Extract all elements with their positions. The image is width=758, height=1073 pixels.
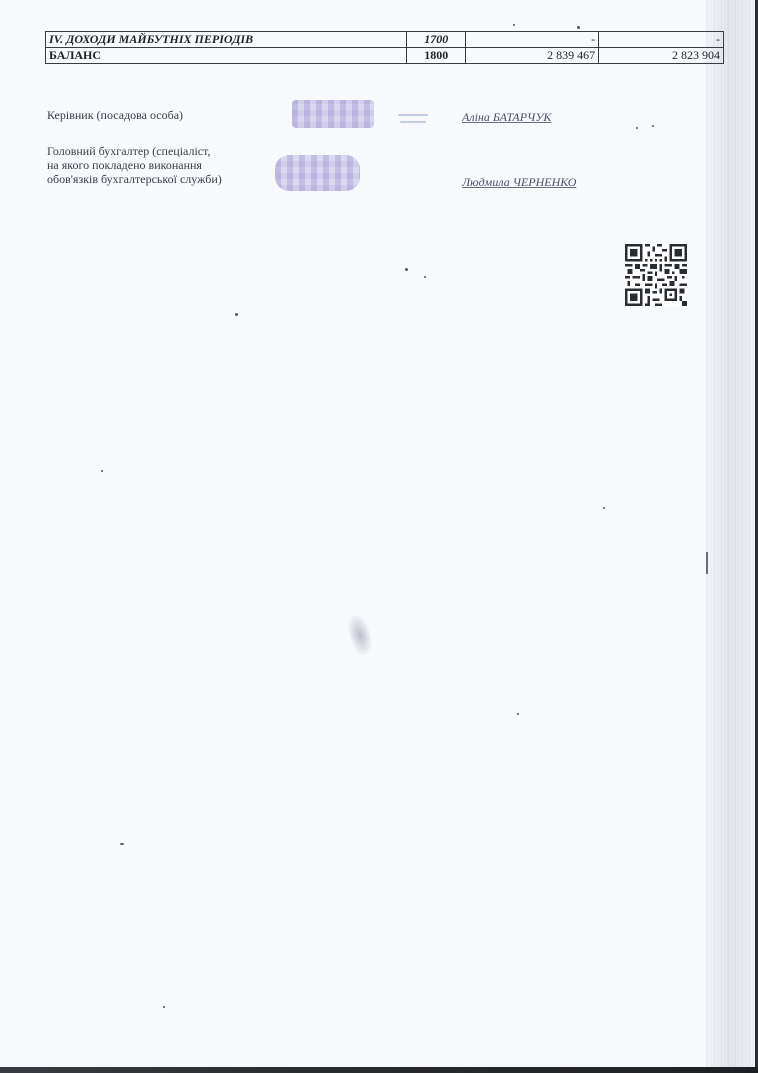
scan-speck bbox=[101, 470, 103, 472]
scan-speck bbox=[163, 1006, 165, 1008]
scan-smudge bbox=[345, 613, 375, 657]
balance-table: IV. ДОХОДИ МАЙБУТНІХ ПЕРІОДІВ 1700 - - Б… bbox=[45, 31, 724, 64]
director-signature bbox=[292, 100, 374, 128]
scan-speck bbox=[652, 125, 654, 127]
scan-speck bbox=[120, 843, 124, 845]
accountant-name: Людмила ЧЕРНЕНКО bbox=[462, 175, 576, 190]
row-code: 1800 bbox=[407, 48, 466, 64]
scan-speck bbox=[577, 26, 580, 29]
row-name: БАЛАНС bbox=[46, 48, 407, 64]
row-value-end: - bbox=[599, 32, 724, 48]
row-code: 1700 bbox=[407, 32, 466, 48]
row-value-end: 2 823 904 bbox=[599, 48, 724, 64]
accountant-role-line-3: обов'язків бухгалтерської служби) bbox=[47, 172, 222, 186]
qr-code-icon bbox=[625, 244, 687, 306]
scan-speck bbox=[424, 276, 426, 278]
accountant-signature bbox=[275, 155, 360, 191]
table-row: БАЛАНС 1800 2 839 467 2 823 904 bbox=[46, 48, 724, 64]
scan-speck bbox=[636, 127, 638, 129]
scan-speck bbox=[603, 507, 605, 509]
row-name: IV. ДОХОДИ МАЙБУТНІХ ПЕРІОДІВ bbox=[46, 32, 407, 48]
scan-mark bbox=[706, 552, 708, 574]
scan-speck bbox=[235, 313, 238, 316]
scan-speck bbox=[517, 713, 519, 715]
scanned-page: IV. ДОХОДИ МАЙБУТНІХ ПЕРІОДІВ 1700 - - Б… bbox=[0, 0, 758, 1067]
table-row: IV. ДОХОДИ МАЙБУТНІХ ПЕРІОДІВ 1700 - - bbox=[46, 32, 724, 48]
director-role-label: Керівник (посадова особа) bbox=[47, 108, 183, 122]
scan-edge-noise bbox=[706, 0, 758, 1067]
director-name: Аліна БАТАРЧУК bbox=[462, 110, 551, 125]
scan-border-bottom bbox=[0, 1067, 758, 1073]
signature-stroke bbox=[400, 121, 426, 123]
scan-speck bbox=[513, 24, 515, 26]
scan-speck bbox=[405, 268, 408, 271]
row-value-start: - bbox=[466, 32, 599, 48]
accountant-role-line-1: Головний бухгалтер (спеціаліст, bbox=[47, 144, 210, 158]
accountant-role-line-2: на якого покладено виконання bbox=[47, 158, 202, 172]
row-value-start: 2 839 467 bbox=[466, 48, 599, 64]
signature-stroke bbox=[398, 114, 428, 116]
